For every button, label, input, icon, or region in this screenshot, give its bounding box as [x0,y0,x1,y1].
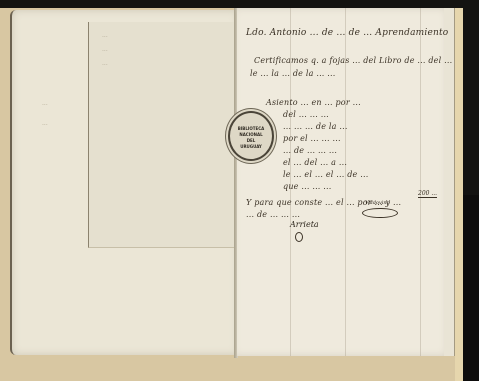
faint-line: ... [102,46,108,53]
stamp-line: URUGUAY [233,144,269,149]
paragraph-line: que ... ... ... [283,182,332,191]
signature-arrieta: Arrieta [290,220,319,229]
faint-line: ... [42,120,48,127]
stamp-line: DEL [233,138,269,143]
signature-flourish-icon [362,208,398,218]
background-corner [463,195,479,381]
stamp-line: BIBLIOTECA [233,126,269,131]
paragraph-line: ... de ... ... ... [246,210,300,219]
faint-line: ... [102,60,108,67]
left-page: ... ... ... ... ... [10,10,238,355]
library-stamp: BIBLIOTECA NACIONAL DEL URUGUAY [228,111,274,161]
faint-line: ... [42,100,48,107]
faint-line: ... [102,32,108,39]
paragraph-line: ... ... ... de la ... [283,122,348,131]
paragraph-line: del ... ... ... [283,110,329,119]
paragraph-line: le ... la ... de la ... ... [250,69,336,78]
signature-valdovino: Valdovino [365,200,390,206]
paragraph-line: el ... del ... a ... [283,158,347,167]
amount-figure: 200 ... [418,190,437,198]
document-heading: Ldo. Antonio ... de ... de ... Aprendami… [246,28,448,38]
left-inner-leaf [88,22,249,248]
paragraph-line: Asiento ... en ... por ... [266,98,361,107]
paragraph-line: Certificamos q. a fojas ... del Libro de… [254,56,452,65]
paragraph-line: por el ... ... ... [283,134,341,143]
signature-flourish-icon [295,232,303,242]
stamp-line: NACIONAL [233,132,269,137]
paragraph-line: ... de ... ... ... [283,146,337,155]
folder-edge [455,8,463,381]
paragraph-line: le ... el ... el ... de ... [283,170,368,179]
